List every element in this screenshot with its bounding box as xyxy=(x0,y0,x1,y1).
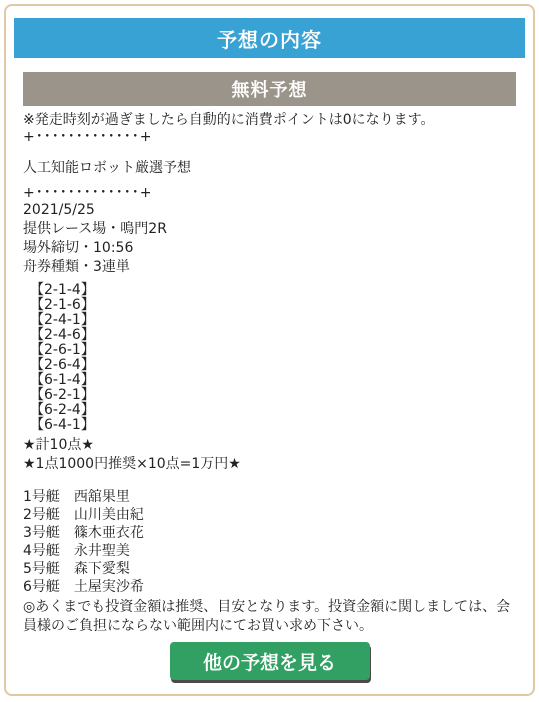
combo-item: 【2-1-6】 xyxy=(30,298,516,313)
combo-item: 【6-4-1】 xyxy=(30,418,516,433)
racer-name: 森下愛梨 xyxy=(74,560,130,578)
stake-recommendation: ★1点1000円推奨×10点=1万円★ xyxy=(23,455,516,474)
racer-boat: 5号艇 xyxy=(23,560,60,578)
racer-name: 西舘果里 xyxy=(74,488,130,506)
combo-item: 【2-1-4】 xyxy=(30,283,516,298)
combo-item: 【6-2-4】 xyxy=(30,403,516,418)
combo-item: 【2-4-1】 xyxy=(30,313,516,328)
racer-row: 4号艇 永井聖美 xyxy=(23,542,516,560)
racer-row: 5号艇 森下愛梨 xyxy=(23,560,516,578)
race-date: 2021/5/25 xyxy=(23,201,516,220)
racer-row: 6号艇 土屋実沙希 xyxy=(23,578,516,596)
combo-item: 【2-6-1】 xyxy=(30,343,516,358)
racer-row: 1号艇 西舘果里 xyxy=(23,488,516,506)
points-total: ★計10点★ xyxy=(23,436,516,455)
racer-boat: 6号艇 xyxy=(23,578,60,596)
button-row: 他の予想を見る xyxy=(23,642,516,680)
prediction-source: 人工知能ロボット厳選予想 xyxy=(23,159,516,178)
disclaimer-text: ◎あくまでも投資金額は推奨、目安となります。投資金額に関しましては、会員様のご負… xyxy=(23,598,516,636)
section-title-bar: 無料予想 xyxy=(23,72,516,106)
combo-list: 【2-1-4】 【2-1-6】 【2-4-1】 【2-4-6】 【2-6-1】 … xyxy=(23,283,516,433)
section-title: 無料予想 xyxy=(232,76,308,102)
racer-name: 山川美由紀 xyxy=(74,506,144,524)
racer-name: 土屋実沙希 xyxy=(74,578,144,596)
racer-boat: 2号艇 xyxy=(23,506,60,524)
other-predictions-button[interactable]: 他の予想を見る xyxy=(170,642,370,680)
racer-name: 篠木亜衣花 xyxy=(74,524,144,542)
combo-item: 【2-6-4】 xyxy=(30,358,516,373)
page-title-bar: 予想の内容 xyxy=(14,18,525,58)
race-deadline: 場外締切・10:56 xyxy=(23,239,516,258)
combo-item: 【6-1-4】 xyxy=(30,373,516,388)
page-title: 予想の内容 xyxy=(217,24,322,53)
dotted-divider: +･････････････+ xyxy=(23,130,516,145)
racer-boat: 3号艇 xyxy=(23,524,60,542)
race-bet-type: 舟券種類・3連単 xyxy=(23,258,516,277)
racer-row: 3号艇 篠木亜衣花 xyxy=(23,524,516,542)
racer-boat: 4号艇 xyxy=(23,542,60,560)
prediction-content: 無料予想 ※発走時刻が過ぎましたら自動的に消費ポイントは0になります。 +･･･… xyxy=(6,72,533,680)
racer-name: 永井聖美 xyxy=(74,542,130,560)
prediction-card: 予想の内容 無料予想 ※発走時刻が過ぎましたら自動的に消費ポイントは0になります… xyxy=(4,4,535,696)
racer-row: 2号艇 山川美由紀 xyxy=(23,506,516,524)
notice-text: ※発走時刻が過ぎましたら自動的に消費ポイントは0になります。 xyxy=(23,111,516,130)
racer-list: 1号艇 西舘果里 2号艇 山川美由紀 3号艇 篠木亜衣花 4号艇 永井聖美 5号… xyxy=(23,488,516,596)
combo-item: 【6-2-1】 xyxy=(30,388,516,403)
race-venue: 提供レース場・鳴門2R xyxy=(23,220,516,239)
dotted-divider: +･････････････+ xyxy=(23,186,516,201)
combo-item: 【2-4-6】 xyxy=(30,328,516,343)
racer-boat: 1号艇 xyxy=(23,488,60,506)
